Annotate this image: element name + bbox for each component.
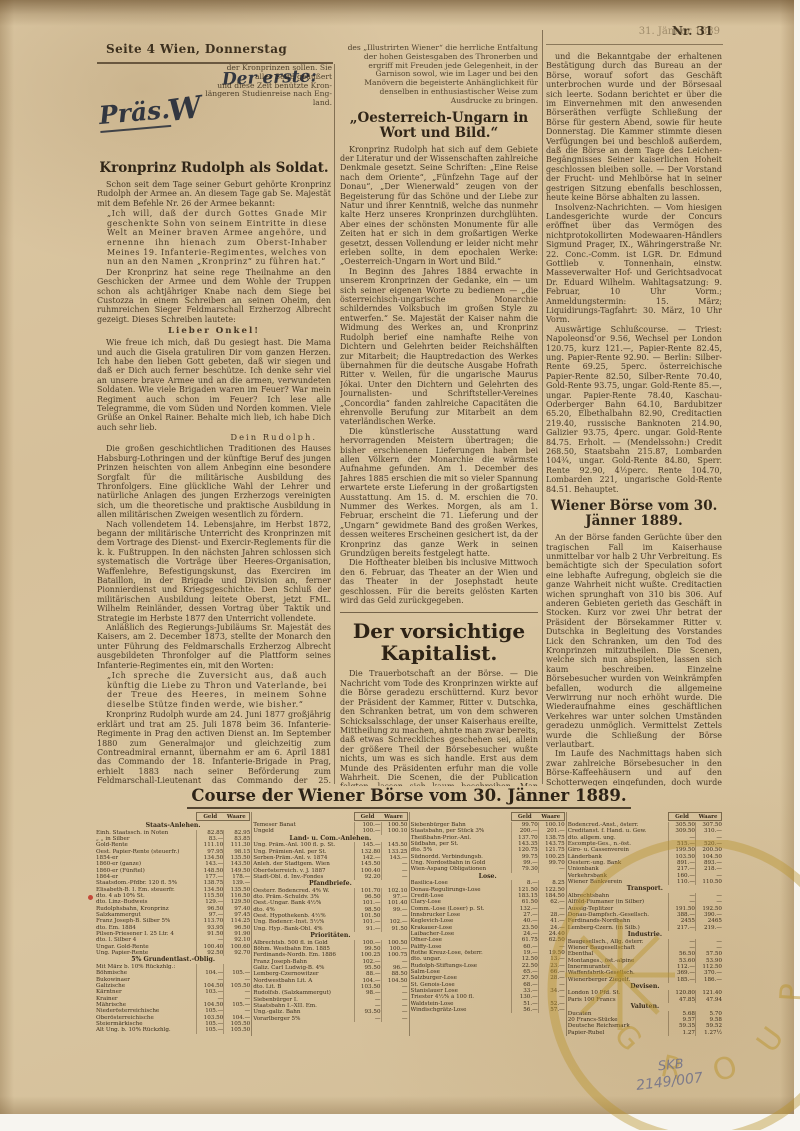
security-name: Papier-Rubel — [568, 1030, 668, 1036]
geld-value: 91.— — [354, 926, 381, 932]
security-name: Alt Ung. b. 10% Rückzhlg. — [96, 1027, 196, 1033]
geld-value: 79.30 — [511, 866, 538, 872]
waare-value: — — [381, 1016, 408, 1022]
waare-value: 92.70 — [223, 950, 250, 956]
column-1-article: Kronprinz Rudolph als Soldat.Schon seit … — [97, 156, 331, 786]
geld-waare-header: GeldWaare — [354, 812, 408, 821]
course-section-header: Industrie. — [568, 931, 722, 939]
security-name: Vorarlberger 5% — [253, 1016, 353, 1022]
waare-value: — — [538, 866, 565, 872]
course-section-header: Transport. — [568, 885, 722, 893]
security-name: Ungeld — [253, 828, 353, 834]
column1-block-quote: „Ich spreche die Zuversicht aus, daß auc… — [107, 671, 327, 709]
course-col-header: Geld — [512, 813, 538, 820]
geld-value: 110.— — [668, 879, 695, 885]
geld-waare-header: GeldWaare — [196, 812, 250, 821]
handwriting-ink-pras: Präs. — [98, 95, 171, 133]
waare-value: 186.— — [695, 977, 722, 983]
course-row: Ungeld100.—100.10 — [253, 828, 407, 834]
column1-block-midhead: Lieber Onkel! — [97, 326, 331, 336]
security-name: Wienerberger Ziegelf. — [568, 977, 668, 983]
column-rule-2 — [542, 30, 543, 784]
issue-rule — [546, 44, 723, 45]
course-column-group: GeldWaareTemeser Banat100.—100.50Ungeld1… — [251, 812, 408, 1036]
course-section-header: Valuten. — [568, 1003, 722, 1011]
fragment-line-frag: längeren Studienreise nach Eng- — [176, 90, 332, 99]
course-row: Windischgrätz-Lose56.—57.— — [411, 1007, 565, 1013]
geld-value: 47.85 — [668, 997, 695, 1003]
column2-block-par: Die künstlerische Ausstattung ward hervo… — [340, 427, 538, 559]
course-col-header: Geld — [355, 813, 381, 820]
course-table-title: Course der Wiener Börse vom 30. Jänner 1… — [187, 786, 631, 809]
course-row: Papier-Rubel1.271.27½ — [568, 1030, 722, 1036]
column2-block-colhead: „Oesterreich-Ungarn in Wort und Bild.“ — [340, 111, 538, 141]
column1-block-sig: Dein Rudolph. — [97, 432, 317, 442]
course-section-header: Lose. — [411, 873, 565, 881]
waare-value: 47.94 — [695, 997, 722, 1003]
course-section-header: Pfandbriefe. — [253, 880, 407, 888]
column1-block-par: Die großen geschichtlichen Traditionen d… — [97, 444, 331, 519]
course-column-group: GeldWaareStaats-Anlehen.Einh. Staatssch.… — [95, 812, 251, 1036]
column3-block-par: Insolvenz-Nachrichten. — Vom hiesigen La… — [546, 203, 722, 325]
course-row: Wien-Aspang Obligationen79.30— — [411, 866, 565, 872]
fragment-line-frag: land. — [176, 99, 332, 108]
column3-block-par: An der Börse fanden Gerüchte über den tr… — [546, 533, 722, 749]
course-row: Vorarlberger 5%—— — [253, 1016, 407, 1022]
column-2-article: des „Illustrirten Wiener“ die herrliche … — [340, 44, 538, 786]
column1-block-par: Wie freue ich mich, daß Du gesiegt hast.… — [97, 338, 331, 432]
column1-block-par: Der Kronprinz hat seine rege Theilnahme … — [97, 268, 331, 324]
course-col-header: Waare — [538, 813, 564, 820]
paper-edge-bottom — [0, 1096, 794, 1114]
geld-waare-header: GeldWaare — [511, 812, 565, 821]
column2-block-par: Die Hoftheater bleiben bis inclusive Mit… — [340, 558, 538, 605]
geld-value: 56.— — [511, 1007, 538, 1013]
course-column-group: GeldWaareBodencred.-Anst., österr.305.50… — [566, 812, 723, 1036]
column1-fragments: der Kronprinzen sollen. Siealler Seite g… — [176, 64, 332, 108]
red-margin-mark — [88, 895, 93, 900]
paper-edge-top — [0, 0, 794, 26]
column3-block-colhead: Wiener Börse vom 30. Jänner 1889. — [546, 499, 722, 529]
column1-block-par: Nach vollendetem 14. Lebensjahre, im Her… — [97, 520, 331, 623]
course-col-header: Geld — [197, 813, 223, 820]
course-section-header: Devisen. — [568, 983, 722, 991]
course-row: Alt Ung. b. 10% Rückzhlg.105.—105.50 — [96, 1027, 250, 1033]
column2-block-par: Die Trauerbotschaft an der Börse. — Die … — [340, 669, 538, 786]
column1-block-par: Anläßlich des Regierungs-Jubiläums Sr. M… — [97, 623, 331, 670]
course-column-group: GeldWaareSiebenbürger Bahn99.70100.10Sta… — [409, 812, 566, 1036]
geld-waare-header: GeldWaare — [668, 812, 722, 821]
geld-value: 1.27 — [668, 1030, 695, 1036]
course-section-header: Staats-Anlehen. — [96, 822, 250, 830]
geld-value: 105.— — [196, 1027, 223, 1033]
column2-block-bighead: Der vorsichtige Kapitalist. — [340, 612, 538, 664]
waare-value: — — [381, 874, 408, 880]
course-col-header: Waare — [381, 813, 407, 820]
column2-block-par: In Beginn des Jahres 1884 erwachte in un… — [340, 267, 538, 427]
paper-edge-left — [0, 0, 14, 1114]
column2-block-frag: des „Illustrirten Wiener“ die herrliche … — [340, 44, 538, 106]
column2-block-par: Kronprinz Rudolph hat sich auf dem Gebie… — [340, 145, 538, 267]
waare-value: 110.50 — [695, 879, 722, 885]
column3-block-par: Auswärtige Schlußcourse. — Triest: Napol… — [546, 325, 722, 494]
column-rule-1 — [334, 64, 335, 784]
course-section-header: Prioritäten. — [253, 932, 407, 940]
column3-block-par: und die Bekanntgabe der erhaltenen Bestä… — [546, 52, 722, 203]
newspaper-scan: Seite 4 Wien, Donnerstag 31. Jänner 1889… — [0, 0, 800, 1131]
waare-value: 57.— — [538, 1007, 565, 1013]
waare-value: 1.27½ — [695, 1030, 722, 1036]
column1-block-quote: „Ich will, daß der durch Gottes Gnade Mi… — [107, 209, 327, 267]
geld-value: 92.20 — [354, 874, 381, 880]
course-table-section: Course der Wiener Börse vom 30. Jänner 1… — [95, 786, 723, 1036]
course-col-header: Waare — [223, 813, 249, 820]
course-section-header: Land- u. Com.-Anlehen. — [253, 835, 407, 843]
waare-value: 100.10 — [381, 828, 408, 834]
course-col-header: Geld — [669, 813, 695, 820]
geld-value: — — [354, 1016, 381, 1022]
security-name: Wien-Aspang Obligationen — [411, 866, 511, 872]
waare-value: 105.50 — [223, 1027, 250, 1033]
column-3-article: und die Bekanntgabe der erhaltenen Bestä… — [546, 52, 722, 786]
geld-value: 185.— — [668, 977, 695, 983]
course-table-body: GeldWaareStaats-Anlehen.Einh. Staatssch.… — [95, 812, 723, 1036]
security-name: Windischgrätz-Lose — [411, 1007, 511, 1013]
course-col-header: Waare — [695, 813, 721, 820]
column1-block-colhead: Kronprinz Rudolph als Soldat. — [97, 161, 331, 176]
waare-value: 91.50 — [381, 926, 408, 932]
column1-block-par: Schon seit dem Tage seiner Geburt gehört… — [97, 180, 331, 208]
column1-block-par: Kronprinz Rudolph wurde am 24. Juni 1877… — [97, 710, 331, 786]
column3-block-par: Im Laufe des Nachmittags haben sich zwar… — [546, 749, 722, 786]
geld-value: 217.— — [668, 925, 695, 931]
waare-value: 219.— — [695, 925, 722, 931]
course-row: Wienerberger Ziegelf.185.—186.— — [568, 977, 722, 983]
page-masthead: Seite 4 Wien, Donnerstag — [106, 42, 287, 56]
issue-number: Nr. 31 — [672, 24, 713, 38]
paper-edge-right — [780, 0, 794, 1114]
geld-value: 100.— — [354, 828, 381, 834]
course-section-header: 5% Grundentlast.-Oblig. — [96, 956, 250, 964]
